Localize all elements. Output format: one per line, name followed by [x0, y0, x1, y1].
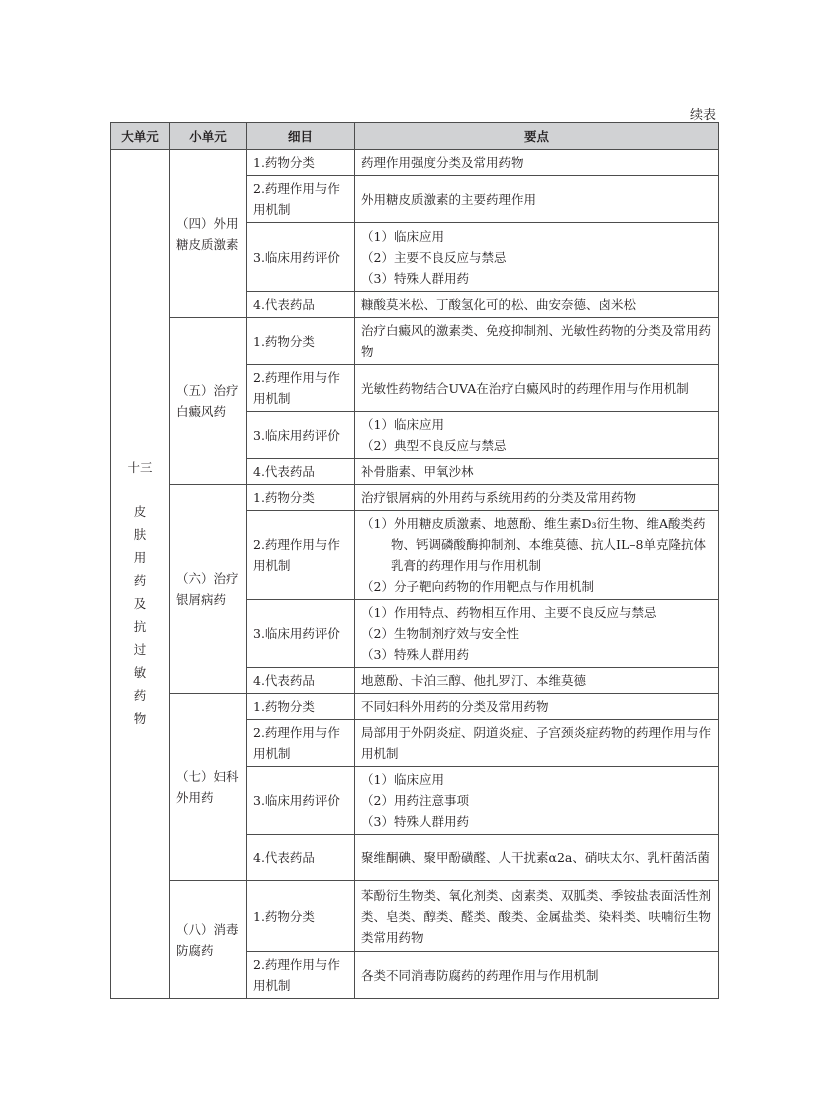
item-cell: 2.药理作用与作用机制 [247, 365, 355, 412]
key-points-cell: 治疗白癜风的激素类、免疫抑制剂、光敏性药物的分类及常用药物 [355, 318, 719, 365]
key-point-line: （1）临床应用 [361, 769, 712, 790]
key-points-cell: （1）外用糖皮质激素、地蒽酚、维生素D₃衍生物、维A酸类药物、钙调磷酸酶抑制剂、… [355, 511, 719, 600]
key-point-line: 苯酚衍生物类、氧化剂类、卤素类、双胍类、季铵盐表面活性剂类、皂类、醇类、醛类、酸… [361, 885, 712, 948]
key-point-line: 治疗白癜风的激素类、免疫抑制剂、光敏性药物的分类及常用药物 [361, 320, 712, 362]
key-points-cell: 地蒽酚、卡泊三醇、他扎罗汀、本维莫德 [355, 668, 719, 694]
item-cell: 1.药物分类 [247, 694, 355, 720]
header-big-unit: 大单元 [111, 123, 170, 150]
key-points-cell: 光敏性药物结合UVA在治疗白癜风时的药理作用与作用机制 [355, 365, 719, 412]
small-unit-cell: （八）消毒防腐药 [170, 881, 247, 999]
key-point-line: （2）生物制剂疗效与安全性 [361, 623, 712, 644]
small-unit-cell: （四）外用糖皮质激素 [170, 150, 247, 318]
key-point-line: 地蒽酚、卡泊三醇、他扎罗汀、本维莫德 [361, 670, 712, 691]
key-points-cell: 外用糖皮质激素的主要药理作用 [355, 176, 719, 223]
key-points-cell: 局部用于外阴炎症、阴道炎症、子宫颈炎症药物的药理作用与作用机制 [355, 720, 719, 767]
key-points-cell: 糠酸莫米松、丁酸氢化可的松、曲安奈德、卤米松 [355, 292, 719, 318]
header-item: 细目 [247, 123, 355, 150]
big-unit-number: 十三 [117, 457, 163, 478]
big-unit-title-char: 敏 [133, 661, 147, 684]
key-point-line: （3）特殊人群用药 [361, 811, 712, 832]
key-point-line: （2）主要不良反应与禁忌 [361, 247, 712, 268]
key-point-line: （1）临床应用 [361, 226, 712, 247]
key-point-line: 各类不同消毒防腐药的药理作用与作用机制 [361, 965, 712, 986]
table-row: （七）妇科外用药1.药物分类不同妇科外用药的分类及常用药物 [111, 694, 719, 720]
syllabus-table: 大单元 小单元 细目 要点 十三皮肤用药及抗过敏药物（四）外用糖皮质激素1.药物… [110, 122, 719, 999]
item-cell: 3.临床用药评价 [247, 600, 355, 668]
key-point-line: （3）特殊人群用药 [361, 268, 712, 289]
header-key-points: 要点 [355, 123, 719, 150]
item-cell: 4.代表药品 [247, 292, 355, 318]
big-unit-title-char: 药 [133, 684, 147, 707]
key-point-line: 外用糖皮质激素的主要药理作用 [361, 189, 712, 210]
key-point-line: 聚维酮碘、聚甲酚磺醛、人干扰素α2a、硝呋太尔、乳杆菌活菌 [361, 847, 712, 868]
key-points-cell: 药理作用强度分类及常用药物 [355, 150, 719, 176]
key-point-line: （1）外用糖皮质激素、地蒽酚、维生素D₃衍生物、维A酸类药物、钙调磷酸酶抑制剂、… [361, 513, 712, 576]
key-point-line: 不同妇科外用药的分类及常用药物 [361, 696, 712, 717]
key-points-cell: 治疗银屑病的外用药与系统用药的分类及常用药物 [355, 485, 719, 511]
key-points-cell: 不同妇科外用药的分类及常用药物 [355, 694, 719, 720]
key-point-line: 药理作用强度分类及常用药物 [361, 152, 712, 173]
key-points-cell: （1）作用特点、药物相互作用、主要不良反应与禁忌（2）生物制剂疗效与安全性（3）… [355, 600, 719, 668]
big-unit-title-char: 药 [133, 569, 147, 592]
table-row: （八）消毒防腐药1.药物分类苯酚衍生物类、氧化剂类、卤素类、双胍类、季铵盐表面活… [111, 881, 719, 952]
table-header-row: 大单元 小单元 细目 要点 [111, 123, 719, 150]
big-unit-cell: 十三皮肤用药及抗过敏药物 [111, 150, 170, 999]
key-point-line: （2）典型不良反应与禁忌 [361, 435, 712, 456]
big-unit-title-char: 及 [133, 592, 147, 615]
item-cell: 3.临床用药评价 [247, 767, 355, 835]
item-cell: 3.临床用药评价 [247, 223, 355, 292]
small-unit-cell: （五）治疗白癜风药 [170, 318, 247, 485]
table-row: （五）治疗白癜风药1.药物分类治疗白癜风的激素类、免疫抑制剂、光敏性药物的分类及… [111, 318, 719, 365]
big-unit-title: 皮肤用药及抗过敏药物 [133, 500, 147, 730]
key-points-cell: （1）临床应用（2）典型不良反应与禁忌 [355, 412, 719, 459]
item-cell: 2.药理作用与作用机制 [247, 511, 355, 600]
big-unit-title-char: 肤 [133, 523, 147, 546]
item-cell: 3.临床用药评价 [247, 412, 355, 459]
key-points-cell: （1）临床应用（2）主要不良反应与禁忌（3）特殊人群用药 [355, 223, 719, 292]
item-cell: 4.代表药品 [247, 459, 355, 485]
big-unit-title-char: 皮 [133, 500, 147, 523]
key-point-line: （2）用药注意事项 [361, 790, 712, 811]
key-point-line: 局部用于外阴炎症、阴道炎症、子宫颈炎症药物的药理作用与作用机制 [361, 722, 712, 764]
small-unit-cell: （六）治疗银屑病药 [170, 485, 247, 694]
key-point-line: 糠酸莫米松、丁酸氢化可的松、曲安奈德、卤米松 [361, 294, 712, 315]
header-small-unit: 小单元 [170, 123, 247, 150]
big-unit-title-char: 用 [133, 546, 147, 569]
key-point-line: 治疗银屑病的外用药与系统用药的分类及常用药物 [361, 487, 712, 508]
key-points-cell: （1）临床应用（2）用药注意事项（3）特殊人群用药 [355, 767, 719, 835]
table-caption: 续表 [690, 104, 716, 123]
small-unit-cell: （七）妇科外用药 [170, 694, 247, 881]
key-point-line: （2）分子靶向药物的作用靶点与作用机制 [361, 576, 712, 597]
big-unit-title-char: 物 [133, 707, 147, 730]
item-cell: 1.药物分类 [247, 881, 355, 952]
item-cell: 1.药物分类 [247, 485, 355, 511]
key-point-line: （3）特殊人群用药 [361, 644, 712, 665]
key-points-cell: 聚维酮碘、聚甲酚磺醛、人干扰素α2a、硝呋太尔、乳杆菌活菌 [355, 835, 719, 881]
item-cell: 4.代表药品 [247, 835, 355, 881]
key-point-line: （1）作用特点、药物相互作用、主要不良反应与禁忌 [361, 602, 712, 623]
key-points-cell: 各类不同消毒防腐药的药理作用与作用机制 [355, 952, 719, 999]
table-row: （六）治疗银屑病药1.药物分类治疗银屑病的外用药与系统用药的分类及常用药物 [111, 485, 719, 511]
big-unit-title-char: 过 [133, 638, 147, 661]
item-cell: 2.药理作用与作用机制 [247, 952, 355, 999]
key-point-line: 补骨脂素、甲氧沙林 [361, 461, 712, 482]
item-cell: 4.代表药品 [247, 668, 355, 694]
item-cell: 2.药理作用与作用机制 [247, 720, 355, 767]
item-cell: 2.药理作用与作用机制 [247, 176, 355, 223]
item-cell: 1.药物分类 [247, 150, 355, 176]
key-points-cell: 苯酚衍生物类、氧化剂类、卤素类、双胍类、季铵盐表面活性剂类、皂类、醇类、醛类、酸… [355, 881, 719, 952]
key-point-line: 光敏性药物结合UVA在治疗白癜风时的药理作用与作用机制 [361, 378, 712, 399]
key-point-line: （1）临床应用 [361, 414, 712, 435]
item-cell: 1.药物分类 [247, 318, 355, 365]
table-row: 十三皮肤用药及抗过敏药物（四）外用糖皮质激素1.药物分类药理作用强度分类及常用药… [111, 150, 719, 176]
big-unit-title-char: 抗 [133, 615, 147, 638]
key-points-cell: 补骨脂素、甲氧沙林 [355, 459, 719, 485]
